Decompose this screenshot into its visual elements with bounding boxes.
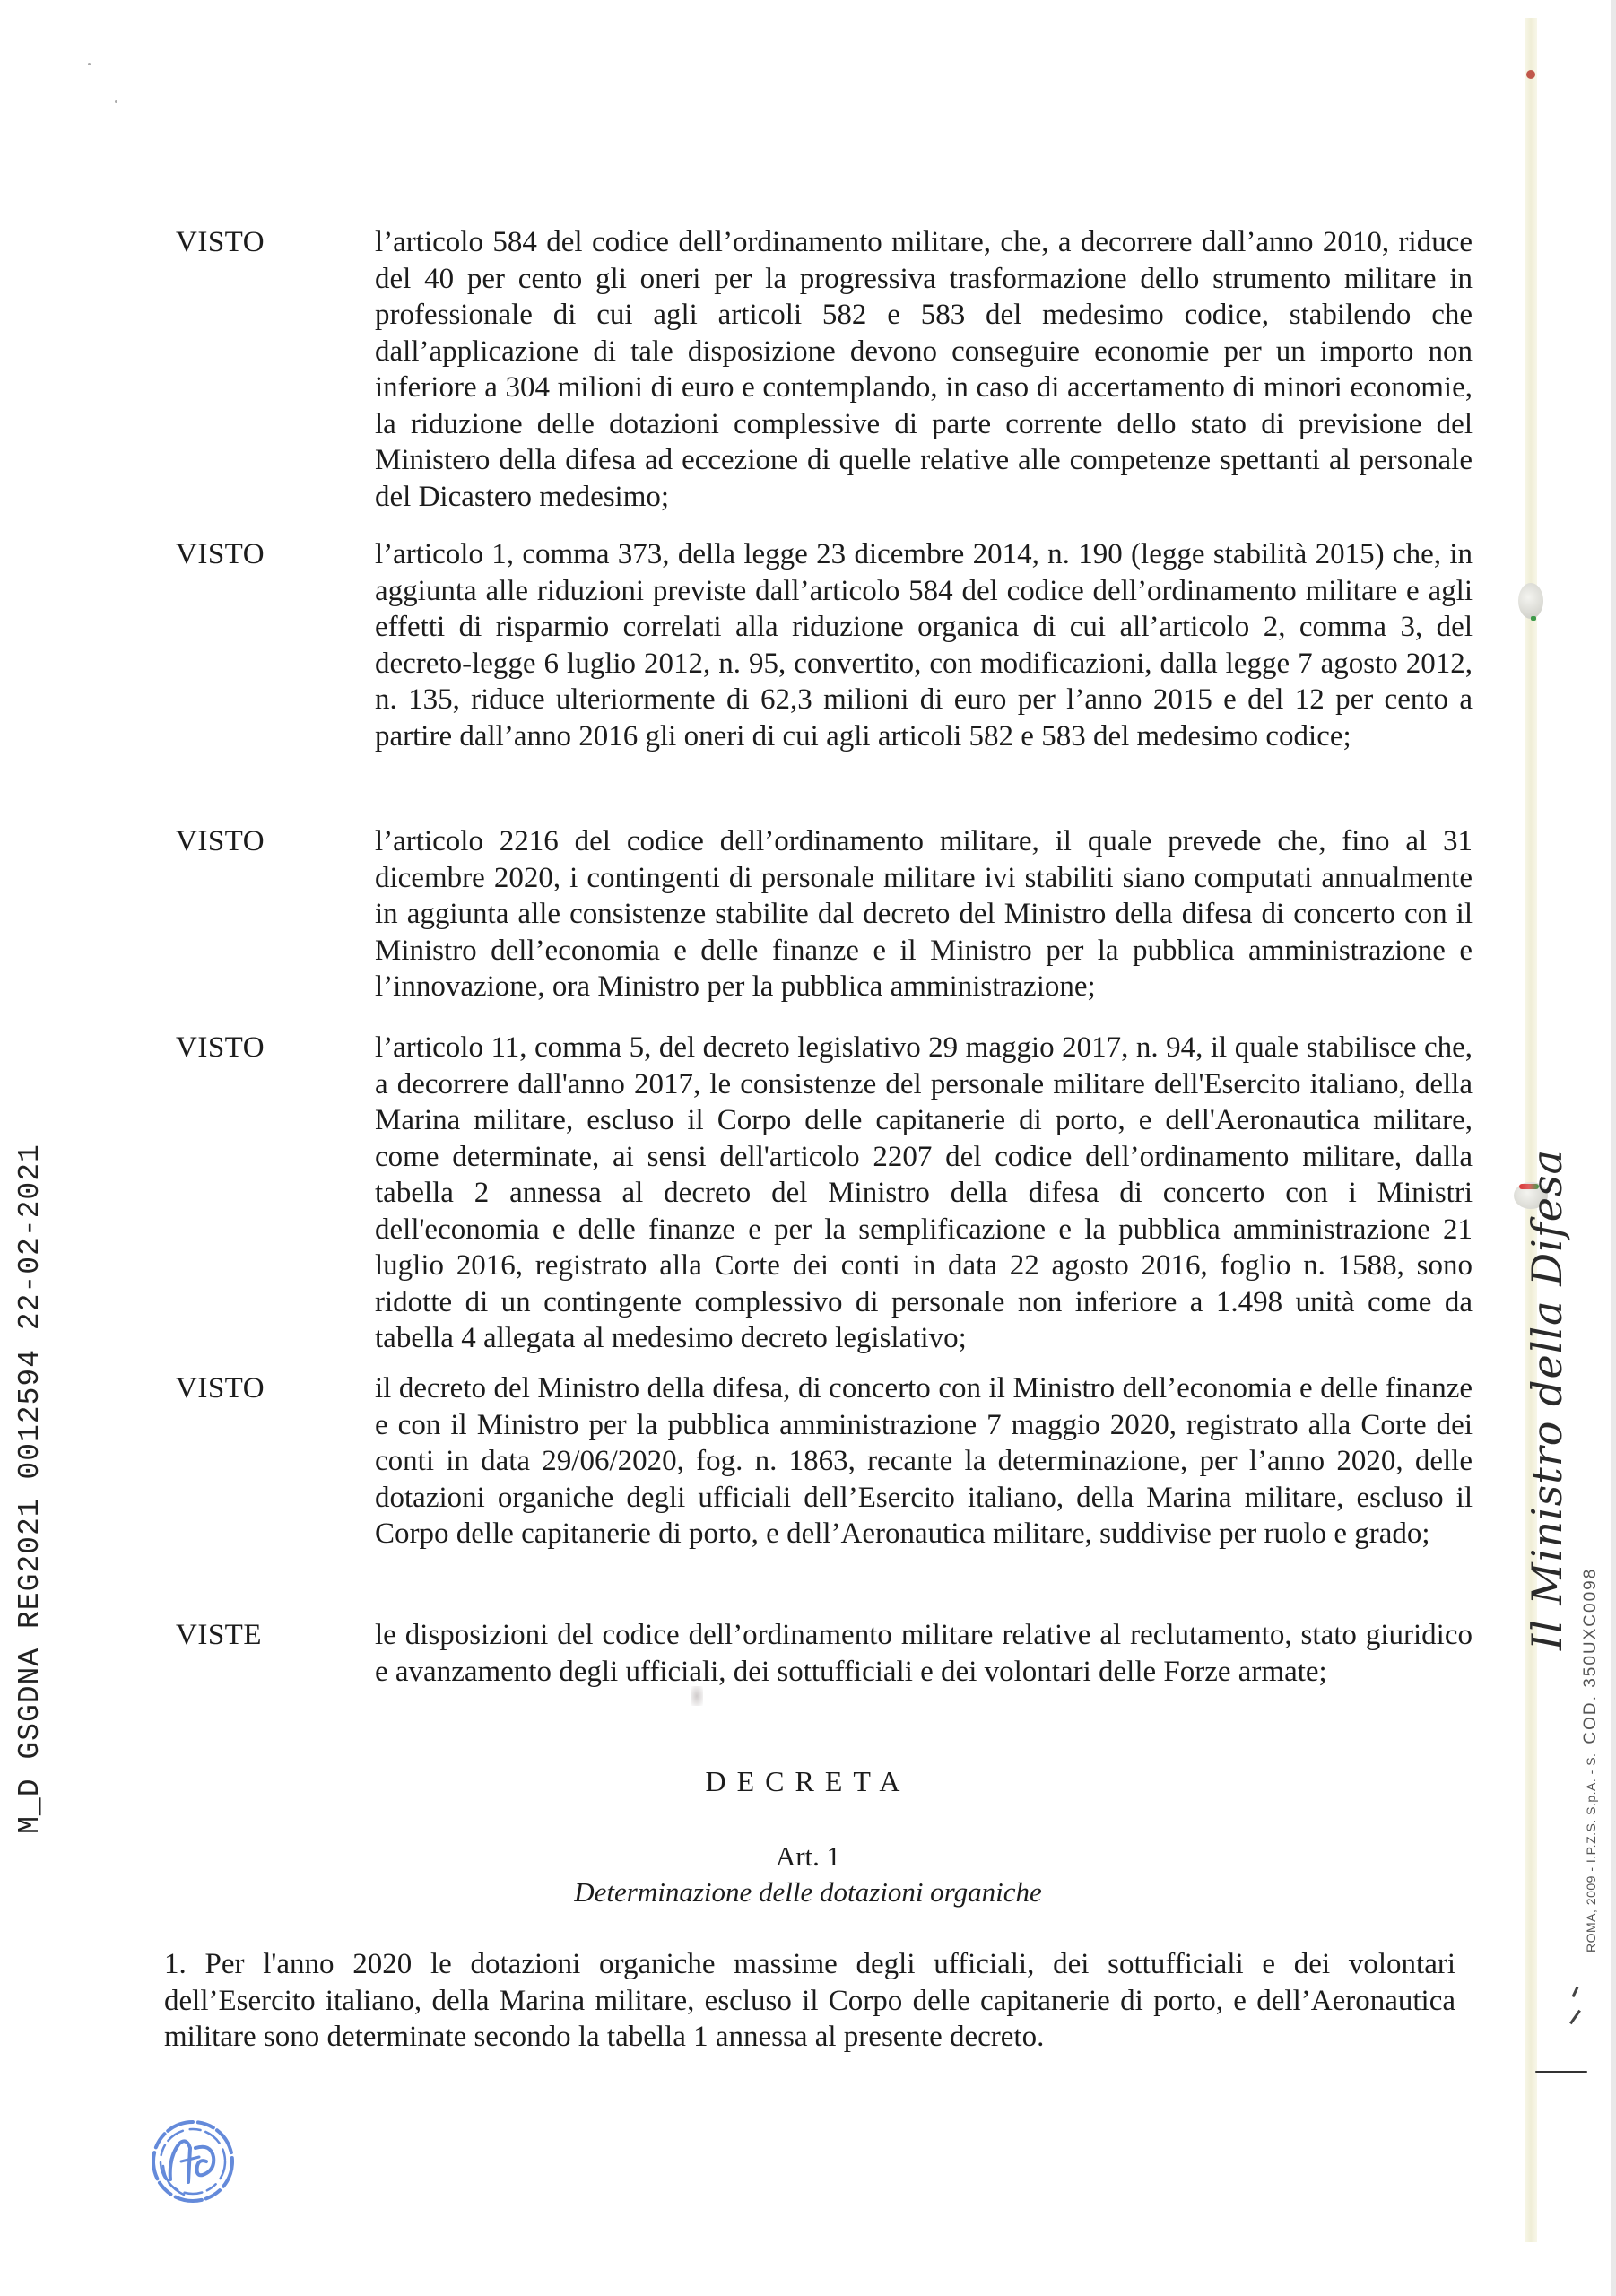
recital-label: VISTO [176, 823, 265, 859]
page-edge [1611, 0, 1616, 2296]
ink-seal-icon [143, 2112, 242, 2211]
decorative-ribbon-strip [1525, 18, 1537, 2242]
article-title: Determinazione delle dotazioni organiche [0, 1876, 1616, 1909]
recital-text: l’articolo 1, comma 373, della legge 23 … [375, 536, 1473, 754]
recital-text: le disposizioni del codice dell’ordiname… [375, 1617, 1473, 1690]
ink-smudge [691, 1686, 703, 1706]
ribbon-seal-dot-icon [1526, 70, 1535, 79]
printer-imprint-text: ROMA, 2009 - I.P.Z.S. S.p.A. - S. [1584, 1753, 1598, 1952]
recital-label: VISTO [176, 1030, 265, 1065]
recital-label: VISTO [176, 536, 265, 572]
recital-label: VISTO [176, 224, 265, 260]
decreta-heading: DECRETA [0, 1765, 1616, 1798]
article-number: Art. 1 [0, 1840, 1616, 1873]
protocol-stamp: M_D GSGDNA REG2021 0012594 22-02-2021 [13, 1112, 49, 1865]
pen-mark [1569, 2010, 1581, 2024]
document-page: VISTO l’articolo 584 del codice dell’ord… [0, 0, 1616, 2296]
recital-label: VISTE [176, 1617, 262, 1653]
ministry-signature-watermark: Il Ministro della Difesa [1523, 1220, 1577, 1650]
pen-mark [1572, 1987, 1579, 1997]
printer-code: COD. 350UXC0098 [1581, 1568, 1600, 1744]
article-paragraph: 1. Per l'anno 2020 le dotazioni organich… [164, 1946, 1455, 2056]
scan-speck [88, 63, 91, 65]
ribbon-bead-icon [1518, 583, 1543, 619]
margin-line [1535, 2071, 1587, 2073]
printer-imprint: ROMA, 2009 - I.P.Z.S. S.p.A. - S.COD. 35… [1581, 1630, 1603, 1952]
recital-label: VISTO [176, 1370, 265, 1406]
recital-text: il decreto del Ministro della difesa, di… [375, 1370, 1473, 1552]
recital-text: l’articolo 11, comma 5, del decreto legi… [375, 1030, 1473, 1357]
recital-text: l’articolo 2216 del codice dell’ordiname… [375, 823, 1473, 1005]
scan-speck [115, 100, 117, 103]
recital-text: l’articolo 584 del codice dell’ordinamen… [375, 224, 1473, 515]
